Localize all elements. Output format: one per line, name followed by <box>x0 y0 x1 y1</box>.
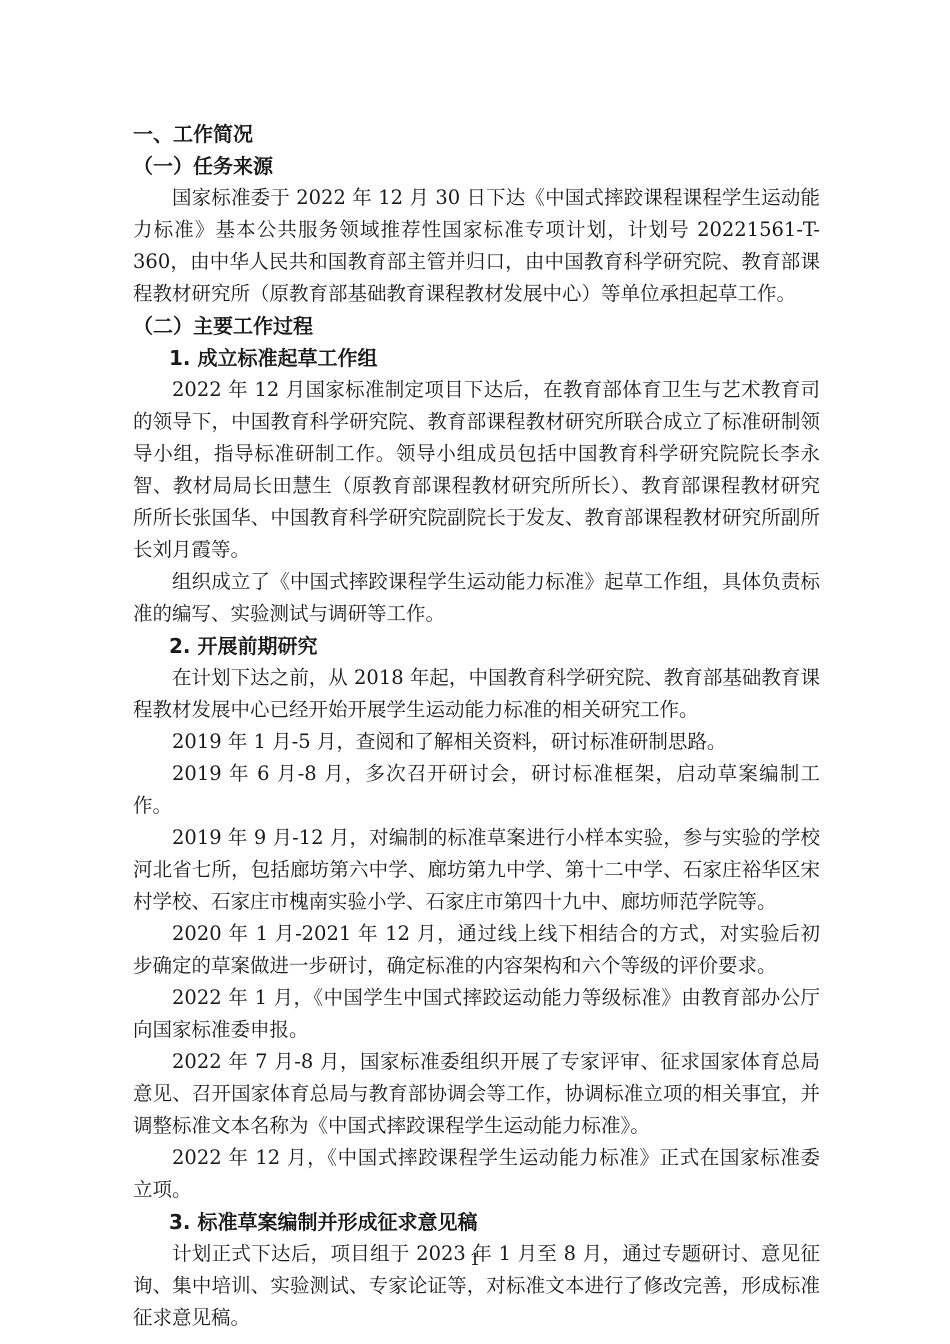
paragraph-2022-jan: 2022 年 1 月，《中国学生中国式摔跤运动能力等级标准》由教育部办公厅向国家… <box>133 982 820 1046</box>
heading-item-drafting-group: 1. 成立标准起草工作组 <box>133 342 820 374</box>
paragraph-2020-2021: 2020 年 1 月-2021 年 12 月，通过线上线下相结合的方式，对实验后… <box>133 918 820 982</box>
document-body: 一、工作简况 （一）任务来源 国家标准委于 2022 年 12 月 30 日下达… <box>133 118 820 1334</box>
paragraph-drafting-group-formed: 组织成立了《中国式摔跤课程学生运动能力标准》起草工作组，具体负责标准的编写、实验… <box>133 566 820 630</box>
heading-subsection-task-source: （一）任务来源 <box>133 150 820 182</box>
paragraph-2022-dec: 2022 年 12 月，《中国式摔跤课程学生运动能力标准》正式在国家标准委立项。 <box>133 1142 820 1206</box>
page-number: 1 <box>0 1250 950 1270</box>
heading-section-work-overview: 一、工作简况 <box>133 118 820 150</box>
heading-subsection-main-work-process: （二）主要工作过程 <box>133 310 820 342</box>
paragraph-2019-sep-dec: 2019 年 9 月-12 月，对编制的标准草案进行小样本实验，参与实验的学校河… <box>133 822 820 918</box>
paragraph-2022-jul-aug: 2022 年 7 月-8 月，国家标准委组织开展了专家评审、征求国家体育总局意见… <box>133 1046 820 1142</box>
heading-item-draft-and-comments: 3. 标准草案编制并形成征求意见稿 <box>133 1206 820 1238</box>
document-page: 一、工作简况 （一）任务来源 国家标准委于 2022 年 12 月 30 日下达… <box>0 0 950 1344</box>
heading-item-preliminary-research: 2. 开展前期研究 <box>133 630 820 662</box>
paragraph-leading-group: 2022 年 12 月国家标准制定项目下达后，在教育部体育卫生与艺术教育司的领导… <box>133 374 820 566</box>
paragraph-task-source: 国家标准委于 2022 年 12 月 30 日下达《中国式摔跤课程课程学生运动能… <box>133 182 820 310</box>
paragraph-2019-jan-may: 2019 年 1 月-5 月，查阅和了解相关资料，研讨标准研制思路。 <box>133 726 820 758</box>
paragraph-research-since-2018: 在计划下达之前，从 2018 年起，中国教育科学研究院、教育部基础教育课程教材发… <box>133 662 820 726</box>
paragraph-2019-jun-aug: 2019 年 6 月-8 月，多次召开研讨会，研讨标准框架，启动草案编制工作。 <box>133 758 820 822</box>
